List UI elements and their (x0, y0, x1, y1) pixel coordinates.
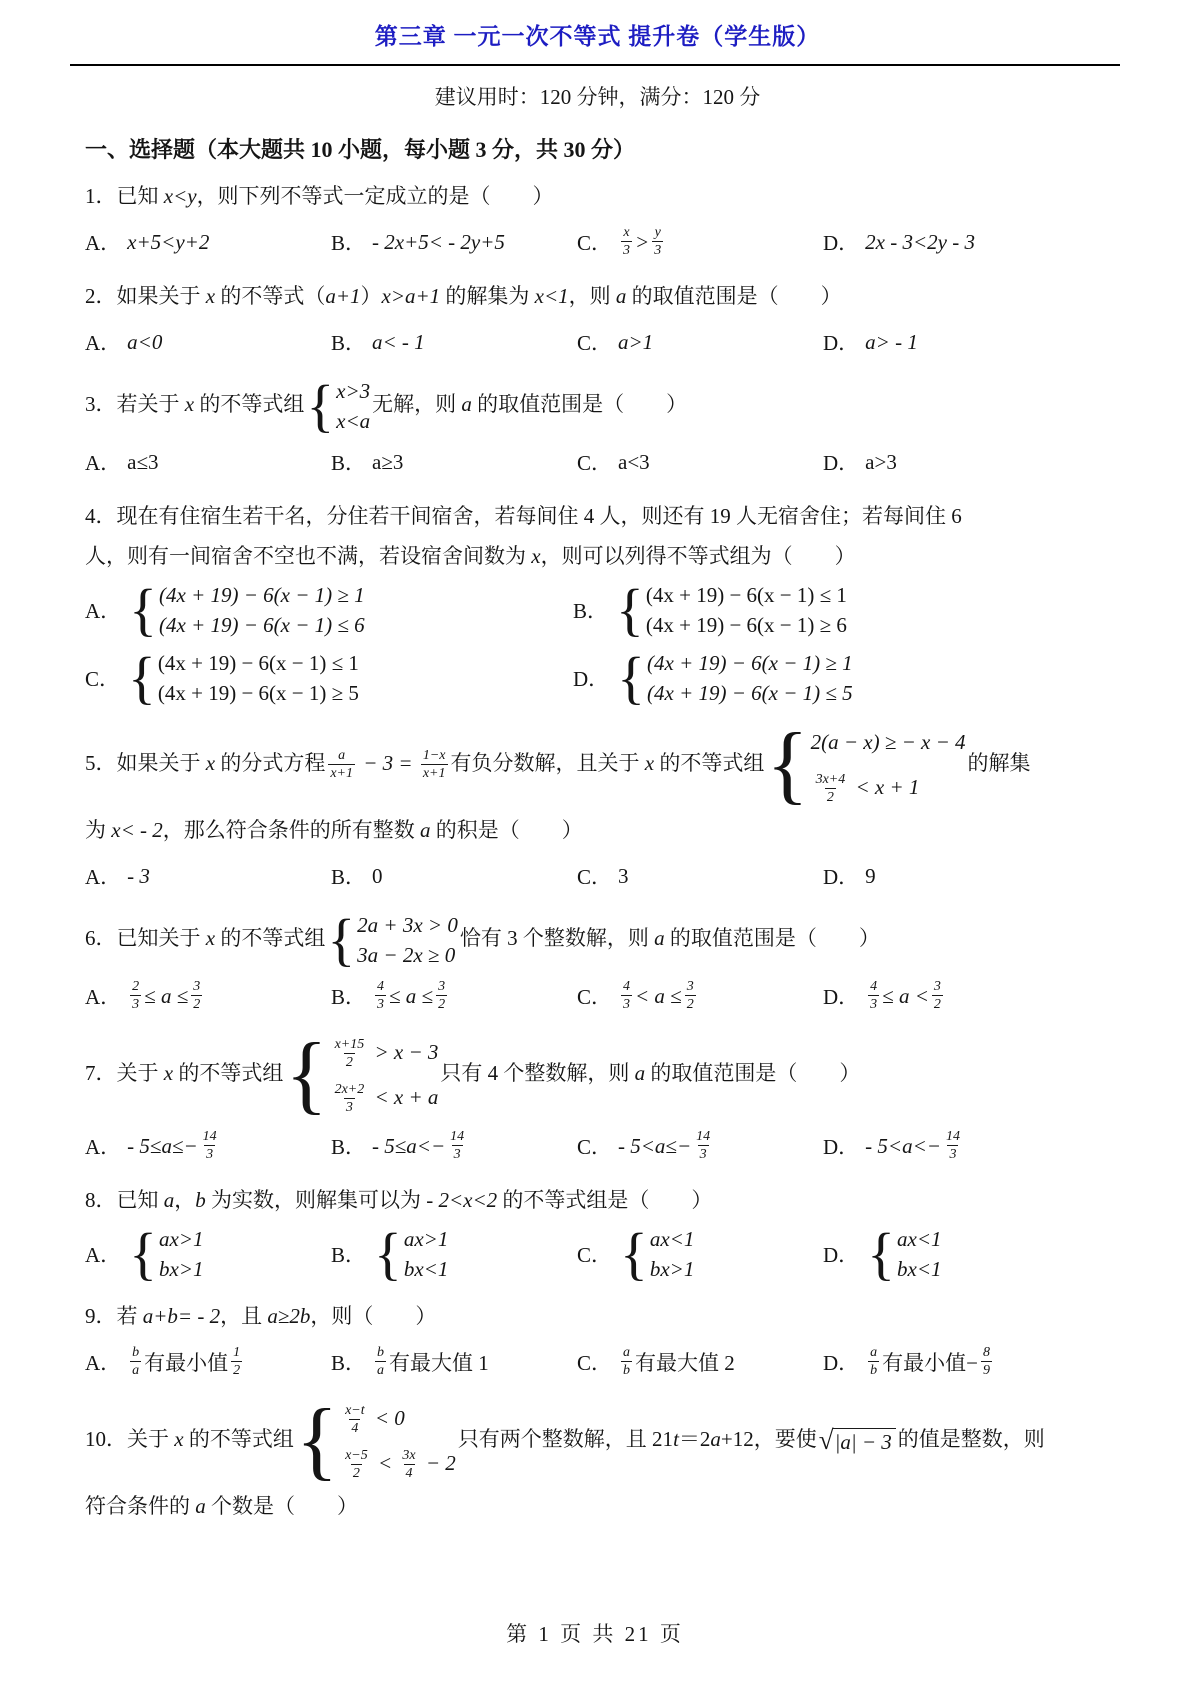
text-run: 的取值范围是（ ） (472, 392, 687, 416)
fraction-denominator: x+1 (328, 764, 355, 782)
text-run: 10．关于 (85, 1427, 174, 1451)
system-rows: (4x + 19) − 6(x − 1) ≥ 1(4x + 19) − 6(x … (159, 580, 365, 640)
option-A: A． - 5≤a≤−143 (85, 1129, 331, 1164)
system-rows: (4x + 19) − 6(x − 1) ≤ 1(4x + 19) − 6(x … (646, 580, 847, 640)
math-run: - 5≤a<− (372, 1134, 445, 1159)
fraction-denominator: 3 (868, 995, 879, 1013)
text-run: 恰有 3 个整数解，则 (460, 926, 654, 950)
fraction: ab (868, 1344, 879, 1379)
fraction-numerator: 2x+2 (333, 1081, 367, 1098)
fraction-denominator: 3 (621, 995, 632, 1013)
option-label: A． (85, 1347, 121, 1377)
left-brace: { (327, 917, 355, 963)
options-row: A．{(4x + 19) − 6(x − 1) ≥ 1(4x + 19) − 6… (85, 580, 1110, 708)
math-run: < 0 (370, 1406, 405, 1430)
fraction: 32 (191, 978, 202, 1013)
text-run: ， (174, 1188, 195, 1212)
options-row: A． - 5≤a≤−143B． - 5≤a<−143C． - 5<a≤−143D… (85, 1124, 1110, 1168)
text-run: 的不等式组 (215, 926, 325, 950)
math-run: ax>1 (404, 1227, 449, 1251)
system-row: (4x + 19) − 6(x − 1) ≥ 6 (646, 610, 847, 640)
fraction-numerator: 3x+4 (814, 771, 848, 788)
option-label: C． (577, 447, 612, 477)
fraction: 143 (694, 1128, 712, 1163)
options-row: A．{ax>1bx>1B．{ax>1bx<1C．{ax<1bx>1D．{ax<1… (85, 1224, 1110, 1284)
option-D: D．a>3 (823, 447, 897, 477)
question-8: 8．已知 a，b 为实数，则解集可以为 - 2<x<2 的不等式组是（ ）A．{… (85, 1180, 1110, 1284)
fraction-denominator: b (868, 1361, 879, 1379)
option-B: B．ba有最大值 1 (331, 1345, 577, 1380)
fraction-denominator: 3 (375, 995, 386, 1013)
system-rows: ax>1bx<1 (404, 1224, 449, 1284)
system-row: (4x + 19) − 6(x − 1) ≤ 6 (159, 610, 365, 640)
fraction-numerator: 3 (685, 978, 696, 995)
option-label: B． (331, 981, 366, 1011)
system-row: ax<1 (897, 1224, 942, 1254)
math-run: 3a − 2x ≥ 0 (357, 943, 455, 967)
question-3: 3．若关于 x 的不等式组{x>3x<a无解，则 a 的取值范围是（ ）A．a≤… (85, 376, 1110, 484)
option-label: C． (577, 981, 612, 1011)
question-stem: 7．关于 x 的不等式组{x+152 > x − 32x+23 < x + a只… (85, 1030, 1110, 1120)
option-label: C． (577, 327, 612, 357)
inequality-system: {ax<1bx>1 (620, 1224, 694, 1284)
text-run: 7．关于 (85, 1061, 164, 1085)
option-label: C． (85, 663, 120, 693)
option-label: D． (823, 227, 859, 257)
system-rows: 2a + 3x > 03a − 2x ≥ 0 (357, 910, 458, 970)
text-run: 3 (618, 864, 629, 889)
fraction: 1−xx+1 (421, 747, 448, 782)
system-row: (4x + 19) − 6(x − 1) ≤ 1 (646, 580, 847, 610)
option-C: C．{ax<1bx>1 (577, 1224, 823, 1284)
text-run: 的值是整数，则 (898, 1427, 1045, 1451)
text-run: 的不等式（ (215, 284, 325, 308)
text-run: ，那么符合条件的所有整数 (163, 818, 420, 842)
math-run: ≤ a < (882, 984, 929, 1009)
math-run: a>1 (618, 330, 653, 355)
text-run: 的取值范围是（ ） (665, 926, 880, 950)
math-run: (4x + 19) − 6(x − 1) ≥ 1 (647, 651, 853, 675)
text-run: 的不等式组 (194, 392, 304, 416)
system-row: x−52 < 3x4 − 2 (340, 1441, 456, 1486)
fraction-denominator: 3 (204, 1145, 215, 1163)
question-stem: 6．已知关于 x 的不等式组{2a + 3x > 03a − 2x ≥ 0恰有 … (85, 910, 1110, 970)
system-row: 3x+42 < x + 1 (811, 765, 966, 810)
text-run: 9．若 (85, 1304, 143, 1328)
question-9: 9．若 a+b= - 2，且 a≥2b，则（ ）A．ba有最小值12B．ba有最… (85, 1296, 1110, 1384)
question-stem: 8．已知 a，b 为实数，则解集可以为 - 2<x<2 的不等式组是（ ） (85, 1180, 1110, 1220)
question-1: 1．已知 x<y，则下列不等式一定成立的是（ ）A．x+5<y+2B．- 2x+… (85, 176, 1110, 264)
option-A: A．{(4x + 19) − 6(x − 1) ≥ 1(4x + 19) − 6… (85, 580, 573, 640)
inequality-system: {(4x + 19) − 6(x − 1) ≥ 1(4x + 19) − 6(x… (617, 648, 853, 708)
system-row: x>3 (336, 376, 370, 406)
system-rows: ax<1bx<1 (897, 1224, 942, 1284)
left-brace: { (296, 1406, 338, 1476)
fraction-denominator: 2 (825, 788, 836, 806)
math-run: x<y (164, 184, 197, 208)
fraction: ab (621, 1344, 632, 1379)
math-run: x>3 (336, 379, 370, 403)
system-row: (4x + 19) − 6(x − 1) ≥ 1 (647, 648, 853, 678)
option-D: D．9 (823, 861, 876, 891)
math-run: x (185, 392, 194, 416)
fraction: 32 (436, 978, 447, 1013)
option-label: D． (823, 447, 859, 477)
text-run: 的解集为 (440, 284, 535, 308)
inequality-system: {2(a − x) ≥ − x − 43x+42 < x + 1 (766, 720, 965, 810)
system-row: 2(a − x) ≥ − x − 4 (811, 720, 966, 765)
text-run: 有最大值 2 (635, 1347, 735, 1377)
math-run: < a ≤ (635, 984, 682, 1009)
math-run: bx>1 (650, 1257, 695, 1281)
fraction-numerator: 14 (944, 1128, 962, 1145)
system-rows: (4x + 19) − 6(x − 1) ≤ 1(4x + 19) − 6(x … (158, 648, 359, 708)
math-run: a≥2b (267, 1304, 310, 1328)
option-label: B． (331, 1131, 366, 1161)
option-label: A． (85, 327, 121, 357)
fraction-denominator: 3 (652, 241, 663, 259)
fraction: 3x+42 (814, 771, 848, 806)
fraction-numerator: 4 (621, 978, 632, 995)
option-label: A． (85, 595, 121, 625)
text-run: 的不等式组 (654, 751, 764, 775)
option-D: D．{(4x + 19) − 6(x − 1) ≥ 1(4x + 19) − 6… (573, 648, 1110, 708)
option-D: D． - 5<a<−143 (823, 1129, 965, 1164)
fraction-denominator: 3 (698, 1145, 709, 1163)
inequality-system: {x+152 > x − 32x+23 < x + a (285, 1030, 438, 1120)
text-run: 为 (85, 818, 111, 842)
text-run: 人，则有一间宿舍不空也不满，若设宿舍间数为 (85, 544, 531, 568)
math-run: x>a+1 (382, 284, 441, 308)
option-label: B． (573, 595, 608, 625)
fraction-numerator: 14 (448, 1128, 466, 1145)
text-run: 的解集 (968, 751, 1031, 775)
math-run: a (710, 1427, 721, 1451)
math-run: a< - 1 (372, 330, 425, 355)
inequality-system: {2a + 3x > 03a − 2x ≥ 0 (327, 910, 458, 970)
option-label: A． (85, 227, 121, 257)
fraction-denominator: 3 (452, 1145, 463, 1163)
text-run: 为实数，则解集可以为 (206, 1188, 427, 1212)
fraction-denominator: 9 (981, 1361, 992, 1379)
option-A: A．a<0 (85, 327, 331, 357)
left-brace: { (616, 587, 644, 633)
option-label: B． (331, 1239, 366, 1269)
math-run: > x − 3 (369, 1040, 438, 1064)
system-rows: x−t4 < 0x−52 < 3x4 − 2 (340, 1396, 456, 1486)
fraction-numerator: 8 (981, 1344, 992, 1361)
system-row: (4x + 19) − 6(x − 1) ≤ 5 (647, 678, 853, 708)
radical: √|a| − 3 (819, 1428, 896, 1454)
fraction-numerator: b (130, 1344, 141, 1361)
text-run: 无解，则 (372, 392, 461, 416)
left-brace: { (374, 1231, 402, 1277)
option-label: A． (85, 1131, 121, 1161)
text-run: a≤3 (127, 450, 158, 475)
question-2: 2．如果关于 x 的不等式（a+1）x>a+1 的解集为 x<1，则 a 的取值… (85, 276, 1110, 364)
math-run: − 2 (421, 1451, 456, 1475)
page-number: 第 1 页 共 21 页 (0, 1618, 1190, 1648)
system-rows: 2(a − x) ≥ − x − 43x+42 < x + 1 (811, 720, 966, 810)
fraction: 143 (201, 1128, 219, 1163)
fraction-numerator: x (621, 224, 631, 241)
math-run: a (420, 818, 431, 842)
math-run: a> - 1 (865, 330, 918, 355)
system-row: bx<1 (404, 1254, 449, 1284)
left-brace: { (617, 655, 645, 701)
fraction-denominator: 4 (349, 1419, 360, 1437)
left-brace: { (620, 1231, 648, 1277)
system-rows: (4x + 19) − 6(x − 1) ≥ 1(4x + 19) − 6(x … (647, 648, 853, 708)
math-run: b (195, 1188, 206, 1212)
fraction: 89 (981, 1344, 992, 1379)
question-5: 5．如果关于 x 的分式方程ax+1 − 3 = 1−xx+1有负分数解，且关于… (85, 720, 1110, 898)
fraction-numerator: 14 (694, 1128, 712, 1145)
fraction-numerator: 3 (191, 978, 202, 995)
question-10: 10．关于 x 的不等式组{x−t4 < 0x−52 < 3x4 − 2只有两个… (85, 1396, 1110, 1526)
fraction: 32 (932, 978, 943, 1013)
text-run: 符合条件的 (85, 1494, 195, 1518)
question-6: 6．已知关于 x 的不等式组{2a + 3x > 03a − 2x ≥ 0恰有 … (85, 910, 1110, 1018)
math-run: x (206, 926, 215, 950)
question-stem: 3．若关于 x 的不等式组{x>3x<a无解，则 a 的取值范围是（ ） (85, 376, 1110, 436)
math-run: - 3 (127, 864, 150, 889)
left-brace: { (129, 587, 157, 633)
fraction: 43 (868, 978, 879, 1013)
math-run: x+5<y+2 (127, 230, 209, 255)
fraction-denominator: 2 (436, 995, 447, 1013)
fraction: ba (130, 1344, 141, 1379)
text-run: +12，要使 (721, 1427, 817, 1451)
math-run: a (461, 392, 472, 416)
option-B: B．- 2x+5< - 2y+5 (331, 227, 577, 257)
option-label: D． (823, 861, 859, 891)
text-run: ，则可以列得不等式组为（ ） (541, 544, 856, 568)
option-label: B． (331, 1347, 366, 1377)
fraction-denominator: 2 (932, 995, 943, 1013)
text-run: a>3 (865, 450, 897, 475)
fraction-numerator: 4 (375, 978, 386, 995)
text-run: 8．已知 (85, 1188, 164, 1212)
fraction: 143 (448, 1128, 466, 1163)
text-run: 个数是（ ） (206, 1494, 358, 1518)
option-label: B． (331, 861, 366, 891)
system-row: x+152 > x − 3 (330, 1030, 439, 1075)
option-B: B．a≥3 (331, 447, 577, 477)
option-C: C．x3>y3 (577, 225, 823, 260)
fraction-numerator: y (653, 224, 663, 241)
option-C: C．a<3 (577, 447, 823, 477)
inequality-system: {ax>1bx>1 (129, 1224, 203, 1284)
text-run: 9 (865, 864, 876, 889)
fraction: x+152 (333, 1036, 367, 1071)
inequality-system: {x>3x<a (306, 376, 370, 436)
option-B: B．{(4x + 19) − 6(x − 1) ≤ 1(4x + 19) − 6… (573, 580, 1110, 640)
text-run: 的不等式组 (173, 1061, 283, 1085)
text-run: (4x + 19) − 6(x − 1) ≥ 5 (158, 681, 359, 705)
fraction-denominator: a (130, 1361, 141, 1379)
option-label: D． (823, 1239, 859, 1269)
text-run: 4．现在有住宿生若干名，分住若干间宿舍，若每间住 4 人，则还有 19 人无宿舍… (85, 504, 962, 528)
math-run: 2a + 3x > 0 (357, 913, 458, 937)
fraction: 2x+23 (333, 1081, 367, 1116)
fraction-denominator: 3 (621, 241, 632, 259)
math-run: 2x - 3<2y - 3 (865, 230, 975, 255)
option-B: B．a< - 1 (331, 327, 577, 357)
math-run: a (195, 1494, 206, 1518)
math-run: (4x + 19) − 6(x − 1) ≥ 1 (159, 583, 365, 607)
system-row: ax<1 (650, 1224, 695, 1254)
options-row: A．a<0B．a< - 1C．a>1D．a> - 1 (85, 320, 1110, 364)
option-label: D． (823, 981, 859, 1011)
fraction-denominator: 2 (231, 1361, 242, 1379)
math-run: x<a (336, 409, 370, 433)
system-row: bx<1 (897, 1254, 942, 1284)
left-brace: { (766, 730, 808, 800)
question-7: 7．关于 x 的不等式组{x+152 > x − 32x+23 < x + a只… (85, 1030, 1110, 1168)
fraction-denominator: 4 (404, 1464, 415, 1482)
text-run: (4x + 19) − 6(x − 1) ≤ 1 (158, 651, 359, 675)
fraction-numerator: x+15 (333, 1036, 367, 1053)
text-run: 的分式方程 (215, 751, 325, 775)
option-C: C．43 < a ≤ 32 (577, 979, 823, 1014)
math-run: a+1 (325, 284, 360, 308)
math-run: a (164, 1188, 175, 1212)
option-A: A．x+5<y+2 (85, 227, 331, 257)
text-run: a≥3 (372, 450, 403, 475)
math-run: - 2x+5< - 2y+5 (372, 230, 505, 255)
system-row: (4x + 19) − 6(x − 1) ≥ 5 (158, 678, 359, 708)
text-run: 的不等式组是（ ） (497, 1188, 712, 1212)
options-row: A．x+5<y+2B．- 2x+5< - 2y+5C．x3>y3D．2x - 3… (85, 220, 1110, 264)
math-run: ≤ a ≤ (144, 984, 188, 1009)
math-run: ax>1 (159, 1227, 204, 1251)
fraction-numerator: 3 (436, 978, 447, 995)
system-rows: ax<1bx>1 (650, 1224, 695, 1284)
left-brace: { (285, 1040, 327, 1110)
option-A: A．{ax>1bx>1 (85, 1224, 331, 1284)
fraction: y3 (652, 224, 663, 259)
options-row: A． - 3B．0C．3D．9 (85, 854, 1110, 898)
math-run: a (654, 926, 665, 950)
system-row: x−t4 < 0 (340, 1396, 456, 1441)
option-label: B． (331, 227, 366, 257)
inequality-system: {ax<1bx<1 (867, 1224, 941, 1284)
text-run: 有最小值− (882, 1347, 978, 1377)
question-stem: 9．若 a+b= - 2，且 a≥2b，则（ ） (85, 1296, 1110, 1336)
text-run: 5．如果关于 (85, 751, 206, 775)
questions-list: 1．已知 x<y，则下列不等式一定成立的是（ ）A．x+5<y+2B．- 2x+… (85, 176, 1110, 1526)
fraction-numerator: x−t (343, 1402, 367, 1419)
option-label: A． (85, 447, 121, 477)
math-run: x< - 2 (111, 818, 163, 842)
fraction-numerator: a (336, 747, 347, 764)
math-run: |a| − 3 (835, 1430, 892, 1454)
math-run: - 5≤a≤− (127, 1134, 197, 1159)
text-run: ，则下列不等式一定成立的是（ ） (197, 184, 554, 208)
text-run: ，且 (220, 1304, 267, 1328)
text-run: ，则 (569, 284, 616, 308)
math-run: bx<1 (404, 1257, 449, 1281)
option-B: B．{ax>1bx<1 (331, 1224, 577, 1284)
text-run: 3．若关于 (85, 392, 185, 416)
text-run: 有最大值 1 (389, 1347, 489, 1377)
options-row: A．23 ≤ a ≤ 32B．43 ≤ a ≤ 32C．43 < a ≤ 32D… (85, 974, 1110, 1018)
text-run: 有最小值 (144, 1347, 228, 1377)
math-run: ≤ a ≤ (389, 984, 433, 1009)
option-A: A． - 3 (85, 861, 331, 891)
text-run: 2．如果关于 (85, 284, 206, 308)
math-run: bx<1 (897, 1257, 942, 1281)
question-stem: 2．如果关于 x 的不等式（a+1）x>a+1 的解集为 x<1，则 a 的取值… (85, 276, 1110, 316)
fraction: x3 (621, 224, 632, 259)
fraction-numerator: b (375, 1344, 386, 1361)
fraction-denominator: 2 (191, 995, 202, 1013)
math-run: − 3 = (358, 751, 418, 775)
left-brace: { (129, 1231, 157, 1277)
math-run: x (645, 751, 654, 775)
math-run: ax<1 (650, 1227, 695, 1251)
section-heading: 一、选择题（本大题共 10 小题，每小题 3 分，共 30 分） (85, 133, 1110, 164)
math-run: (4x + 19) − 6(x − 1) ≤ 6 (159, 613, 365, 637)
option-C: C．3 (577, 861, 823, 891)
text-run: ） (361, 284, 382, 308)
text-run: 的不等式组 (184, 1427, 294, 1451)
fraction: ax+1 (328, 747, 355, 782)
fraction-denominator: b (621, 1361, 632, 1379)
math-run: - 2<x<2 (426, 1188, 497, 1212)
system-rows: x+152 > x − 32x+23 < x + a (330, 1030, 439, 1120)
text-run: a<3 (618, 450, 650, 475)
math-run: x (174, 1427, 183, 1451)
math-run: ax<1 (897, 1227, 942, 1251)
fraction-numerator: 3 (932, 978, 943, 995)
inequality-system: {(4x + 19) − 6(x − 1) ≥ 1(4x + 19) − 6(x… (129, 580, 365, 640)
text-run: ＝2 (679, 1427, 711, 1451)
math-run: bx>1 (159, 1257, 204, 1281)
option-label: C． (577, 861, 612, 891)
fraction-numerator: a (621, 1344, 632, 1361)
math-run: 2(a − x) ≥ − x − 4 (811, 730, 966, 754)
option-label: C． (577, 1347, 612, 1377)
system-row: ax>1 (159, 1224, 204, 1254)
fraction-denominator: 2 (351, 1464, 362, 1482)
left-brace: { (128, 655, 156, 701)
fraction: 143 (944, 1128, 962, 1163)
question-stem: 4．现在有住宿生若干名，分住若干间宿舍，若每间住 4 人，则还有 19 人无宿舍… (85, 496, 1110, 576)
option-C: C．{(4x + 19) − 6(x − 1) ≤ 1(4x + 19) − 6… (85, 648, 573, 708)
math-run: (4x + 19) − 6(x − 1) ≤ 5 (647, 681, 853, 705)
option-B: B． - 5≤a<−143 (331, 1129, 577, 1164)
option-label: B． (331, 327, 366, 357)
math-run: x<1 (535, 284, 569, 308)
option-label: B． (331, 447, 366, 477)
fraction-denominator: 2 (344, 1053, 355, 1071)
option-B: B．0 (331, 861, 577, 891)
math-run: < x + a (369, 1085, 438, 1109)
system-row: x<a (336, 406, 370, 436)
option-label: C． (577, 227, 612, 257)
fraction-numerator: 1 (231, 1344, 242, 1361)
option-C: C．a>1 (577, 327, 823, 357)
fraction-denominator: 3 (130, 995, 141, 1013)
math-run: > (635, 230, 649, 255)
option-label: A． (85, 861, 121, 891)
question-stem: 5．如果关于 x 的分式方程ax+1 − 3 = 1−xx+1有负分数解，且关于… (85, 720, 1110, 850)
option-A: A．23 ≤ a ≤ 32 (85, 979, 331, 1014)
fraction-numerator: 2 (130, 978, 141, 995)
option-label: A． (85, 981, 121, 1011)
